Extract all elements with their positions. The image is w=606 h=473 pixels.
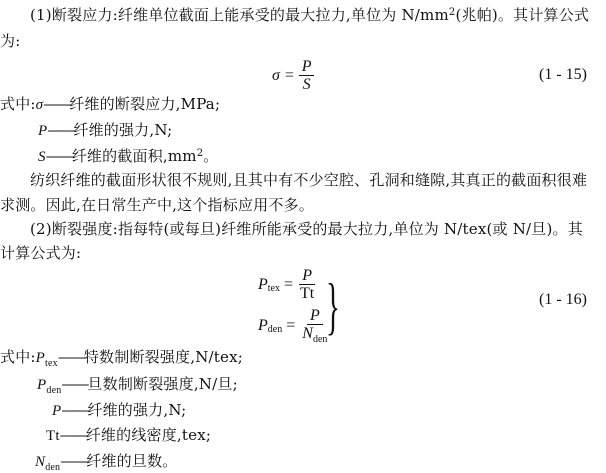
formula-1-15: σ = P S [272,58,314,93]
fraction-denominator: S [300,76,314,93]
var-dash: —— [43,95,69,113]
var-subscript: tex [45,358,58,369]
var-desc: 旦数制断裂强度,N/旦; [87,375,237,393]
nden-symbol: N [302,325,313,342]
where-line-s: S——纤维的截面积,mm2。 [38,146,219,166]
section1-heading-text: (1)断裂应力:纤维单位截面上能承受的最大拉力,单位为 N/mm [30,6,449,24]
fraction-numerator: P [299,58,315,76]
where-line-p: P——纤维的强力,N; [52,400,186,420]
fraction: P S [299,58,315,93]
fraction-numerator: P [307,307,323,325]
where-label: 式中: [0,95,36,113]
var-desc: 纤维的截面积,mm [72,147,197,165]
formula-pden: Pden = P Nden [258,307,330,344]
var-subscript: den [46,385,61,396]
section2-heading-line: (2)断裂强度:指每特(或每旦)纤维所能承受的最大拉力,单位为 N/tex(或 … [30,219,583,239]
pden-symbol: P [258,317,268,335]
var-dash: —— [47,121,73,139]
var-symbol: N [35,454,45,470]
formula-ptex: Ptex = P Tt [258,267,317,302]
var-desc: 纤维的强力,N; [87,401,186,419]
section1-heading-line: (1)断裂应力:纤维单位截面上能承受的最大拉力,单位为 N/mm2(兆帕)。其计… [30,5,589,25]
where-line-sigma: 式中:σ——纤维的断裂应力,MPa; [0,94,220,114]
var-desc: 纤维的线密度,tex; [86,426,211,444]
equals-sign: = [286,317,295,335]
ptex-symbol: P [258,276,268,294]
fraction-numerator: P [299,267,315,285]
var-symbol: Tt [46,428,60,444]
equation-number-1-16: (1 - 16) [539,291,587,309]
where-line-ptex: 式中:Ptex——特数制断裂强度,N/tex; [0,347,243,367]
var-subscript: den [45,462,60,473]
var-tail: 。 [203,147,218,165]
ptex-subscript: tex [268,283,280,294]
var-symbol: P [52,403,61,419]
equals-sign: = [284,276,293,294]
var-dash: —— [61,401,87,419]
var-dash: —— [46,147,72,165]
fraction: P Tt [297,267,317,302]
section1-heading-tail: (兆帕)。其计算公式 [455,6,589,24]
var-symbol: P [37,377,46,393]
section1-heading-continuation: 为: [0,31,20,51]
var-desc: 纤维的强力,N; [73,121,172,139]
var-dash: —— [60,426,86,444]
fraction-denominator: Tt [297,285,317,302]
paragraph-line-1: 纺织纤维的截面形状很不规则,且其中有不少空腔、孔洞和缝隙,其真正的截面积很难 [30,170,587,190]
formula-lhs: σ = [272,67,295,85]
right-brace: } [326,274,340,338]
var-symbol: P [38,123,47,139]
var-desc: 特数制断裂强度,N/tex; [84,348,243,366]
var-dash: —— [61,375,87,393]
var-symbol: P [36,350,45,366]
where-line-p: P——纤维的强力,N; [38,120,172,140]
where-label: 式中: [0,348,36,366]
where-line-tt: Tt——纤维的线密度,tex; [46,425,211,445]
equation-number-1-15: (1 - 15) [539,66,587,84]
var-dash: —— [58,348,84,366]
var-desc: 纤维的旦数。 [86,452,177,470]
paragraph-line-2: 求测。因此,在日常生产中,这个指标应用不多。 [0,195,314,215]
var-symbol: S [38,149,46,165]
var-desc: 纤维的断裂应力,MPa; [69,95,220,113]
pden-subscript: den [268,324,282,335]
where-line-pden: Pden——旦数制断裂强度,N/旦; [37,374,238,394]
var-dash: —— [60,452,86,470]
where-line-nden: Nden——纤维的旦数。 [35,451,177,471]
section2-heading-continuation: 计算公式为: [0,243,81,263]
